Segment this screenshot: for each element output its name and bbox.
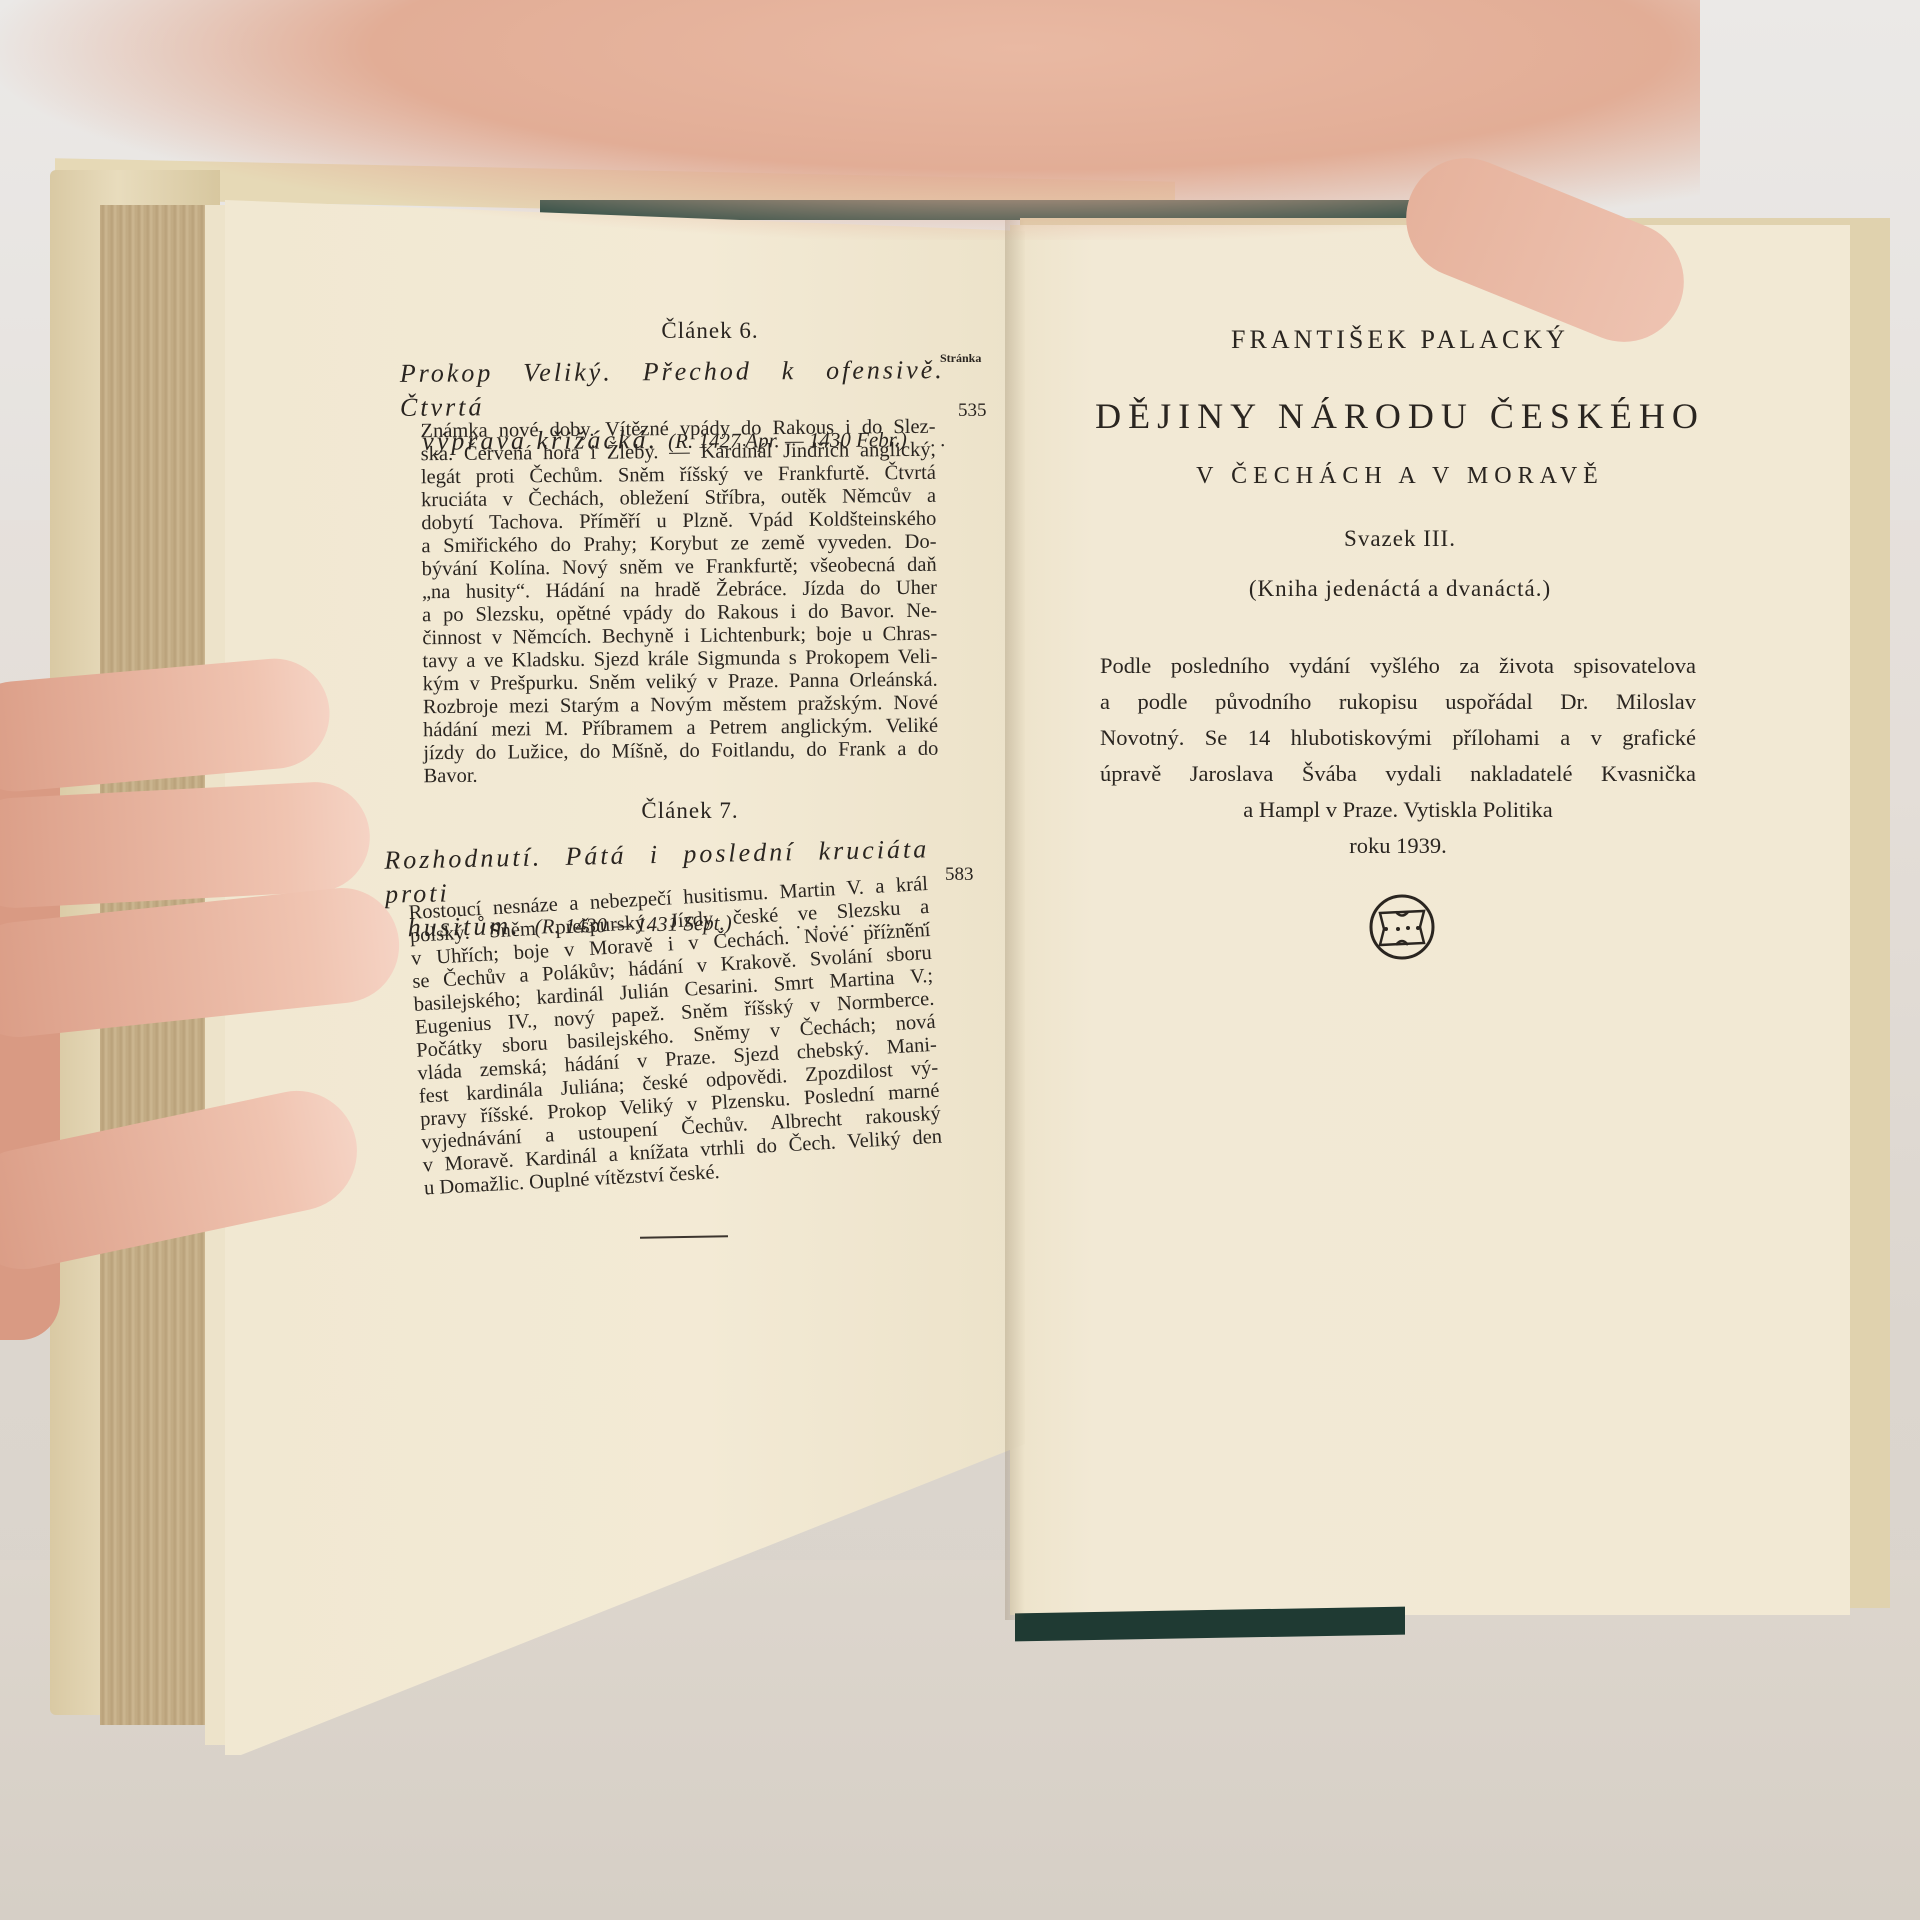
colophon-line: a podle původního rukopisu uspořádal Dr.… bbox=[1100, 684, 1696, 720]
page-column-label: Stránka bbox=[940, 351, 981, 366]
section-6-heading: Článek 6. bbox=[560, 318, 860, 344]
books-included: (Kniha jedenáctá a dvanáctá.) bbox=[1150, 576, 1650, 602]
section-6-title-line1: Prokop Veliký. Přechod k ofensivě. Čtvrt… bbox=[400, 353, 945, 425]
colophon-line: Novotný. Se 14 hlubotiskovými přílohami … bbox=[1100, 720, 1696, 756]
section-7-body: Rostoucí nesnáze a nebezpečí husitismu. … bbox=[408, 873, 944, 1201]
book-subtitle: V ČECHÁCH A V MORAVĚ bbox=[1110, 463, 1690, 490]
colophon-line: úpravě Jaroslava Švába vydali nakladatel… bbox=[1100, 756, 1696, 792]
publisher-emblem-icon bbox=[1368, 893, 1436, 961]
body-line: jízdy do Lužice, do Míšně, do Foitlandu,… bbox=[423, 738, 938, 765]
section-7-page-number: 583 bbox=[945, 864, 974, 886]
colophon-line: Podle posledního vydání vyšlého za život… bbox=[1100, 648, 1696, 684]
volume-label: Svazek III. bbox=[1200, 526, 1600, 552]
book-title: DĚJINY NÁRODU ČESKÉHO bbox=[1080, 395, 1720, 437]
colophon-line: roku 1939. bbox=[1100, 828, 1696, 864]
book-gutter-shadow bbox=[1005, 220, 1025, 1620]
section-7-heading: Článek 7. bbox=[540, 798, 840, 824]
section-6-page-number: 535 bbox=[958, 400, 987, 422]
section-6-body: Známka nové doby. Vítězné vpády do Rakou… bbox=[420, 416, 938, 788]
colophon: Podle posledního vydání vyšlého za život… bbox=[1100, 648, 1696, 864]
body-line: Bavor. bbox=[423, 761, 938, 788]
colophon-line: a Hampl v Praze. Vytiskla Politika bbox=[1100, 792, 1696, 828]
